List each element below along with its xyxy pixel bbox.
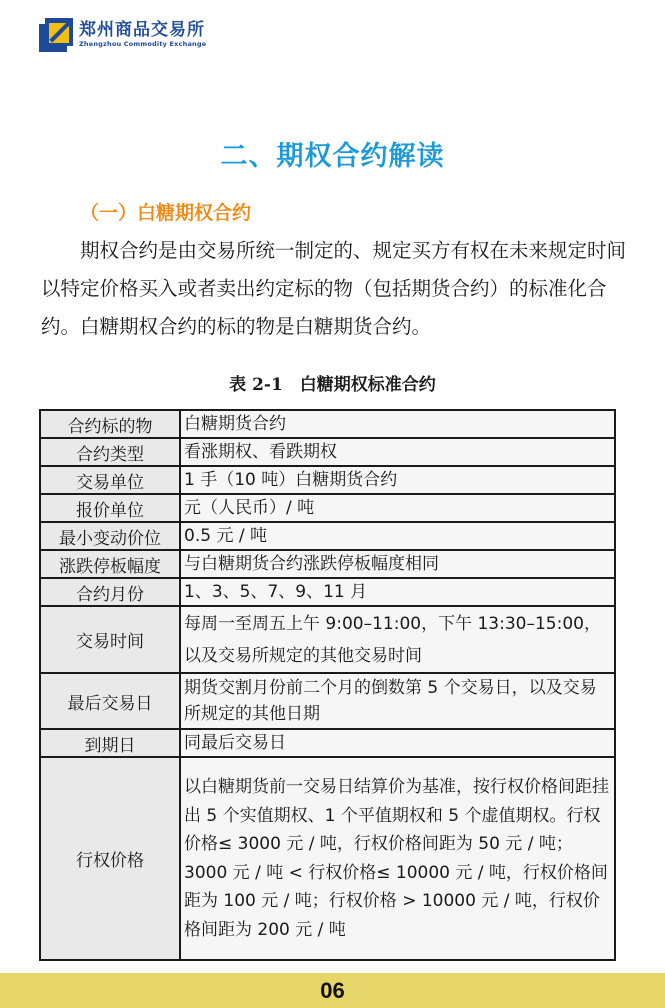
table-row: 合约类型 看涨期权、看跌期权 <box>40 438 615 466</box>
row-value: 1 手（10 吨）白糖期货合约 <box>180 466 615 494</box>
paragraph-text: 期权合约是由交易所统一制定的、规定买方有权在未来规定时间以特定价格买入或者卖出约… <box>41 232 626 346</box>
logo-chinese-name: 郑州商品交易所 <box>79 22 206 39</box>
row-value: 白糖期货合约 <box>180 410 615 438</box>
row-value: 每周一至周五上午 9:00–11:00，下午 13:30–15:00，以及交易所… <box>180 606 615 673</box>
row-value: 与白糖期货合约涨跌停板幅度相同 <box>180 550 615 578</box>
row-key: 合约月份 <box>40 578 180 606</box>
table-row: 交易单位 1 手（10 吨）白糖期货合约 <box>40 466 615 494</box>
row-key: 交易单位 <box>40 466 180 494</box>
row-value: 0.5 元 / 吨 <box>180 522 615 550</box>
row-value: 同最后交易日 <box>180 729 615 757</box>
page-number: 06 <box>320 978 344 1003</box>
zce-logo-icon <box>39 18 73 52</box>
row-key: 合约类型 <box>40 438 180 466</box>
row-key: 报价单位 <box>40 494 180 522</box>
table-row: 交易时间 每周一至周五上午 9:00–11:00，下午 13:30–15:00，… <box>40 606 615 673</box>
row-key: 行权价格 <box>40 757 180 960</box>
table-row: 最后交易日 期货交割月份前二个月的倒数第 5 个交易日，以及交易所规定的其他日期 <box>40 673 615 729</box>
row-key: 最后交易日 <box>40 673 180 729</box>
logo-english-name: Zhengzhou Commodity Exchange <box>79 41 206 48</box>
row-key: 涨跌停板幅度 <box>40 550 180 578</box>
row-value: 元（人民币）/ 吨 <box>180 494 615 522</box>
table-caption: 表 2-1 白糖期权标准合约 <box>0 370 665 395</box>
table-row: 涨跌停板幅度 与白糖期货合约涨跌停板幅度相同 <box>40 550 615 578</box>
table-row: 到期日 同最后交易日 <box>40 729 615 757</box>
row-key: 到期日 <box>40 729 180 757</box>
table-row: 最小变动价位 0.5 元 / 吨 <box>40 522 615 550</box>
table-row: 合约月份 1、3、5、7、9、11 月 <box>40 578 615 606</box>
contract-spec-table: 合约标的物 白糖期货合约 合约类型 看涨期权、看跌期权 交易单位 1 手（10 … <box>39 409 616 961</box>
table-row: 行权价格 以白糖期货前一交易日结算价为基准，按行权价格间距挂出 5 个实值期权、… <box>40 757 615 960</box>
table-row: 合约标的物 白糖期货合约 <box>40 410 615 438</box>
exchange-logo: 郑州商品交易所 Zhengzhou Commodity Exchange <box>39 18 206 52</box>
row-value: 看涨期权、看跌期权 <box>180 438 615 466</box>
row-key: 最小变动价位 <box>40 522 180 550</box>
row-key: 交易时间 <box>40 606 180 673</box>
row-value: 1、3、5、7、9、11 月 <box>180 578 615 606</box>
row-value: 以白糖期货前一交易日结算价为基准，按行权价格间距挂出 5 个实值期权、1 个平值… <box>180 757 615 960</box>
chapter-title: 二、期权合约解读 <box>0 134 665 173</box>
section-title: （一）白糖期权合约 <box>80 198 251 225</box>
page-footer: 06 <box>0 973 665 1008</box>
table-row: 报价单位 元（人民币）/ 吨 <box>40 494 615 522</box>
intro-paragraph: 期权合约是由交易所统一制定的、规定买方有权在未来规定时间以特定价格买入或者卖出约… <box>41 232 626 346</box>
row-key: 合约标的物 <box>40 410 180 438</box>
row-value: 期货交割月份前二个月的倒数第 5 个交易日，以及交易所规定的其他日期 <box>180 673 615 729</box>
